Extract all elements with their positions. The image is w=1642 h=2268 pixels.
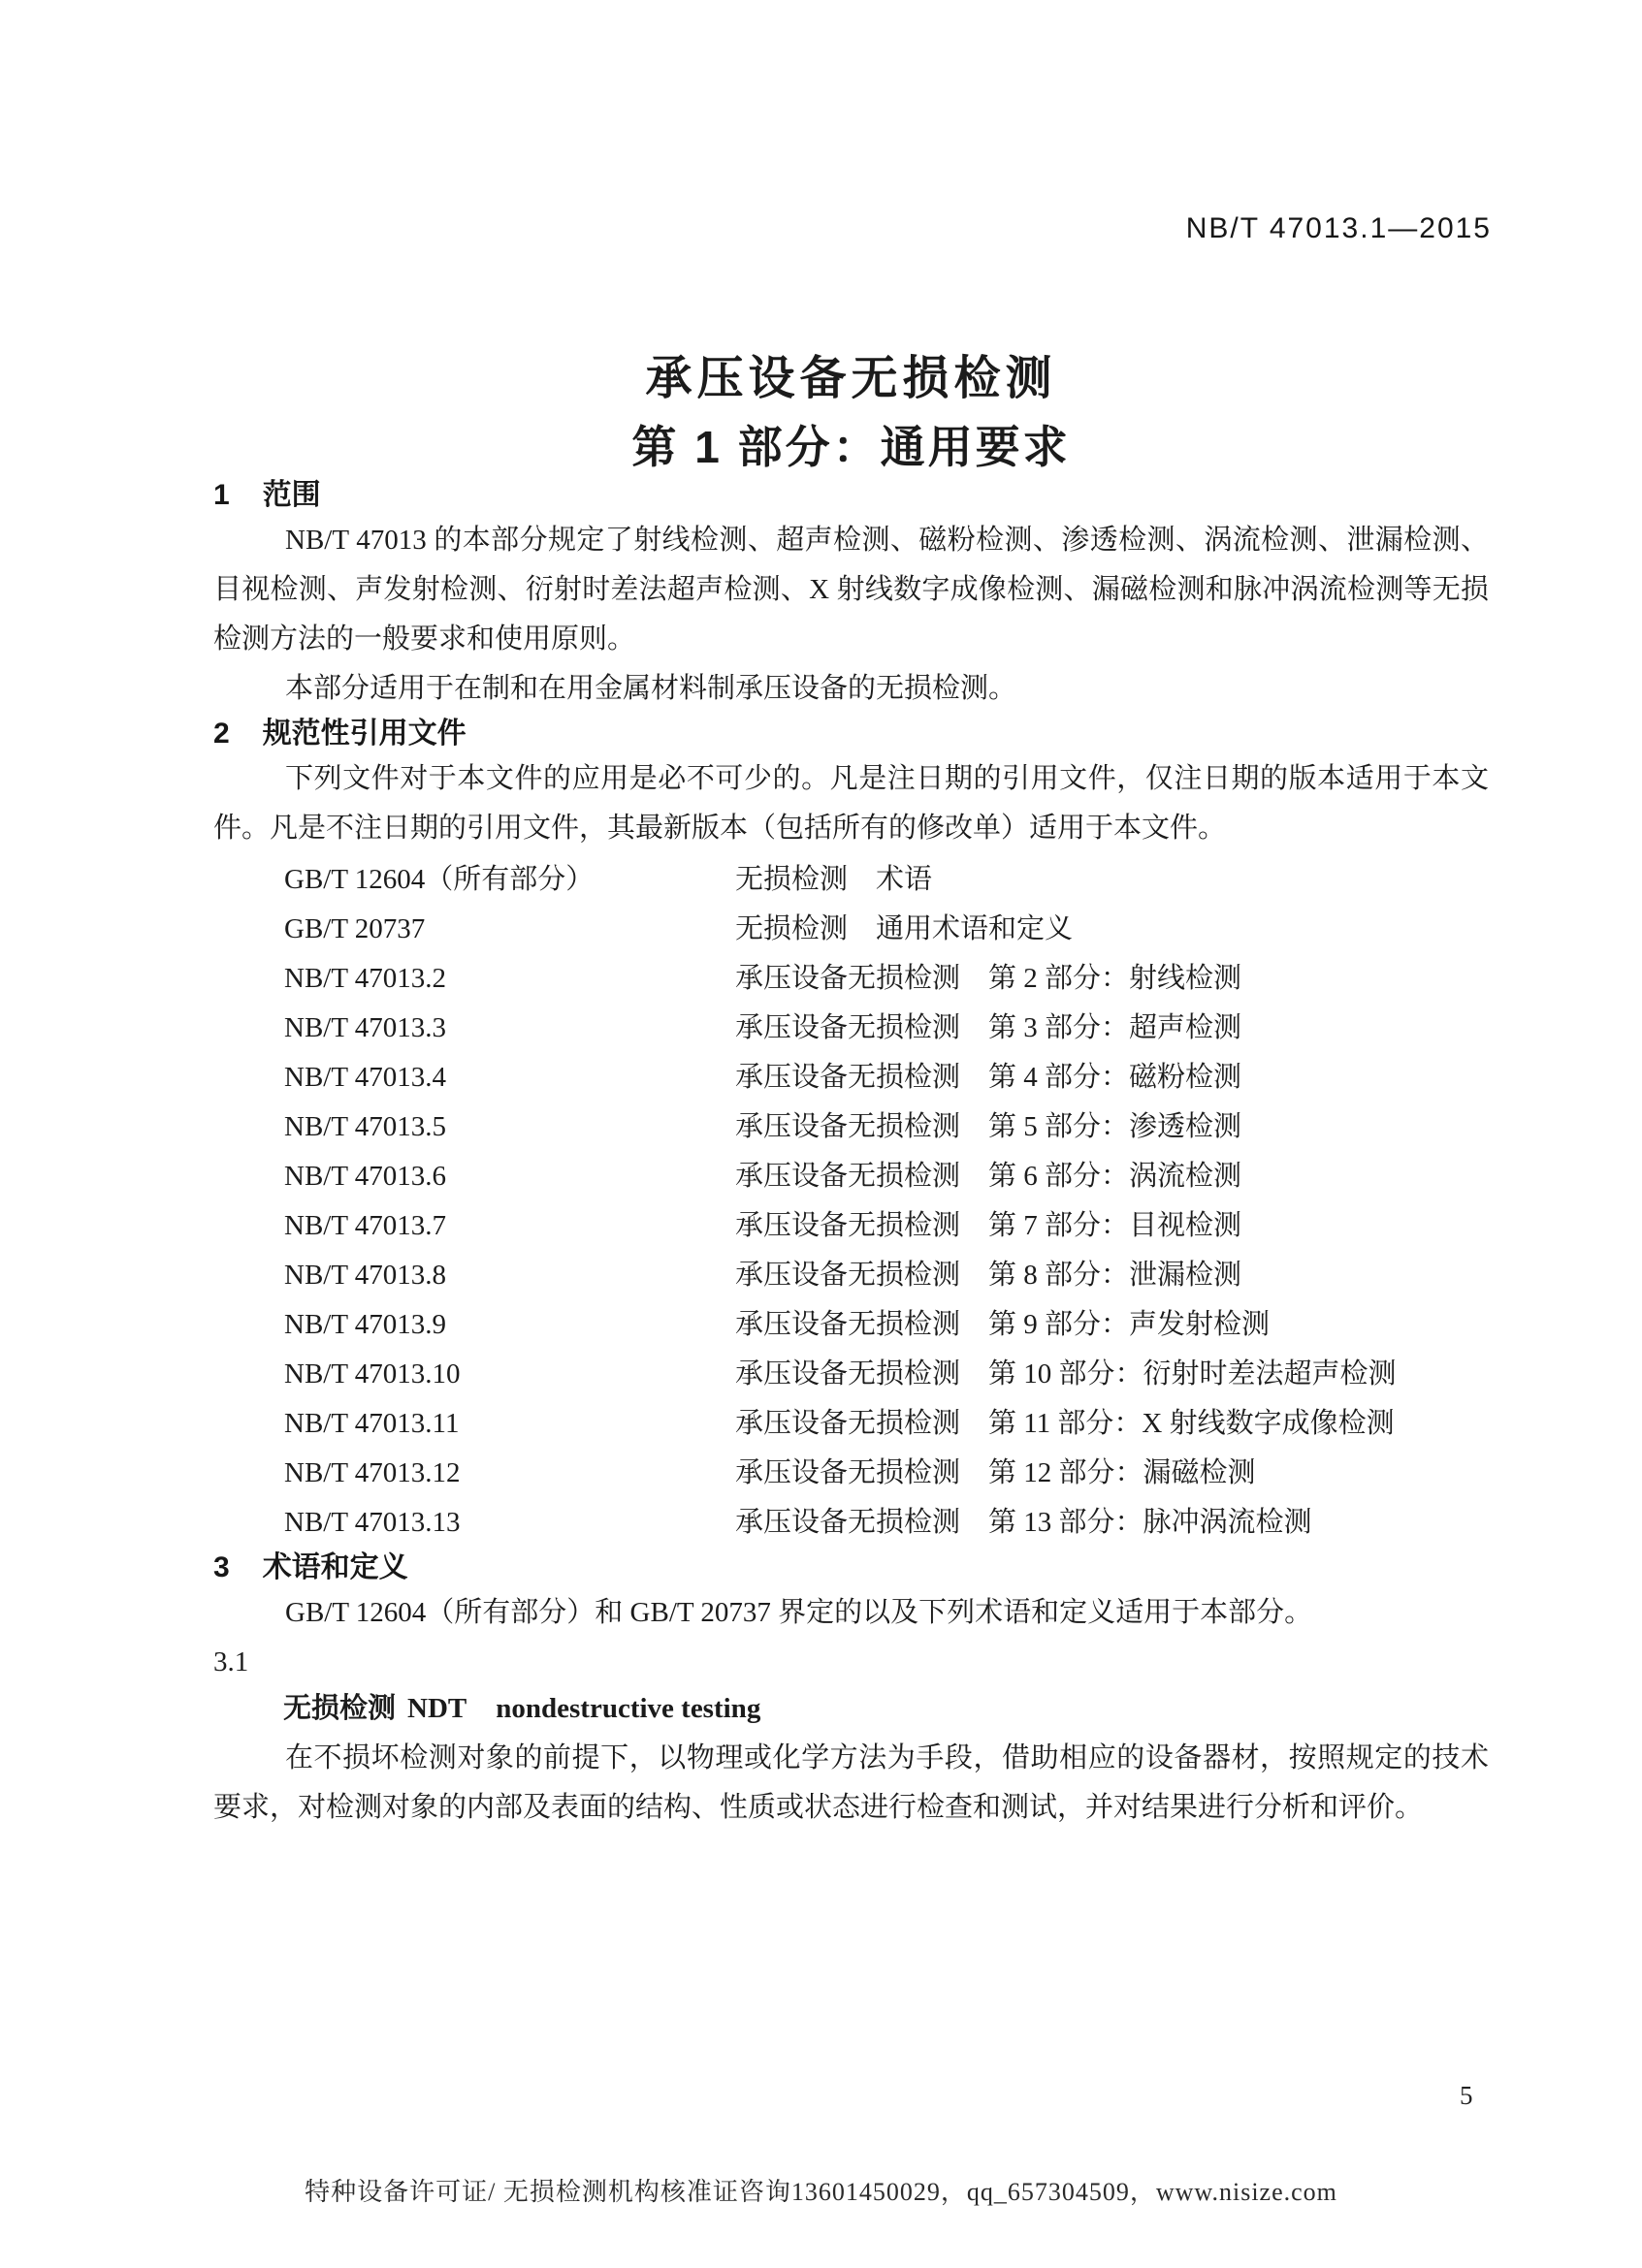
reference-title: 承压设备无损检测 第 9 部分：声发射检测 <box>735 1300 1489 1350</box>
reference-row: NB/T 47013.9承压设备无损检测 第 9 部分：声发射检测 <box>213 1300 1489 1350</box>
reference-title: 承压设备无损检测 第 2 部分：射线检测 <box>735 954 1489 1004</box>
reference-list: GB/T 12604（所有部分）无损检测 术语 GB/T 20737无损检测 通… <box>213 855 1489 1548</box>
reference-title: 承压设备无损检测 第 4 部分：磁粉检测 <box>735 1053 1489 1102</box>
reference-code: NB/T 47013.8 <box>284 1251 735 1300</box>
reference-row: NB/T 47013.13承压设备无损检测 第 13 部分：脉冲涡流检测 <box>213 1498 1489 1548</box>
reference-code: GB/T 20737 <box>284 905 735 954</box>
reference-code: NB/T 47013.9 <box>284 1300 735 1350</box>
reference-title: 承压设备无损检测 第 12 部分：漏磁检测 <box>735 1449 1489 1498</box>
references-intro-paragraph: 下列文件对于本文件的应用是必不可少的。凡是注日期的引用文件，仅注日期的版本适用于… <box>213 754 1489 853</box>
reference-code: NB/T 47013.2 <box>284 954 735 1004</box>
term-heading: 无损检测NDTnondestructive testing <box>213 1684 1489 1734</box>
term-abbr: NDT <box>407 1693 467 1724</box>
reference-title: 承压设备无损检测 第 13 部分：脉冲涡流检测 <box>735 1498 1489 1548</box>
reference-row: NB/T 47013.12承压设备无损检测 第 12 部分：漏磁检测 <box>213 1449 1489 1498</box>
reference-row: NB/T 47013.7承压设备无损检测 第 7 部分：目视检测 <box>213 1201 1489 1251</box>
section-1-number: 1 <box>213 475 230 516</box>
section-3-title: 术语和定义 <box>263 1551 408 1583</box>
reference-code: NB/T 47013.3 <box>284 1004 735 1053</box>
reference-title: 承压设备无损检测 第 5 部分：渗透检测 <box>735 1102 1489 1152</box>
reference-row: NB/T 47013.11承压设备无损检测 第 11 部分：X 射线数字成像检测 <box>213 1399 1489 1449</box>
reference-row: NB/T 47013.10承压设备无损检测 第 10 部分：衍射时差法超声检测 <box>213 1350 1489 1399</box>
reference-code: NB/T 47013.6 <box>284 1152 735 1201</box>
reference-row: NB/T 47013.6承压设备无损检测 第 6 部分：涡流检测 <box>213 1152 1489 1201</box>
section-1-heading: 1范围 <box>213 475 1489 516</box>
section-3-heading: 3术语和定义 <box>213 1548 1489 1588</box>
section-1-title: 范围 <box>263 479 321 511</box>
term-zh: 无损检测 <box>283 1693 396 1724</box>
scope-paragraph-2: 本部分适用于在制和在用金属材料制承压设备的无损检测。 <box>213 664 1489 714</box>
section-3-number: 3 <box>213 1548 230 1588</box>
reference-title: 承压设备无损检测 第 10 部分：衍射时差法超声检测 <box>735 1350 1489 1399</box>
reference-row: NB/T 47013.2承压设备无损检测 第 2 部分：射线检测 <box>213 954 1489 1004</box>
reference-title: 承压设备无损检测 第 6 部分：涡流检测 <box>735 1152 1489 1201</box>
document-title: 承压设备无损检测 第 1 部分：通用要求 <box>213 351 1489 475</box>
term-en: nondestructive testing <box>496 1693 760 1724</box>
scope-paragraph-1: NB/T 47013 的本部分规定了射线检测、超声检测、磁粉检测、渗透检测、涡流… <box>213 516 1489 664</box>
reference-title: 无损检测 术语 <box>735 855 1489 905</box>
reference-code: NB/T 47013.13 <box>284 1498 735 1548</box>
reference-title: 承压设备无损检测 第 3 部分：超声检测 <box>735 1004 1489 1053</box>
reference-row: NB/T 47013.3承压设备无损检测 第 3 部分：超声检测 <box>213 1004 1489 1053</box>
reference-title: 无损检测 通用术语和定义 <box>735 905 1489 954</box>
reference-code: NB/T 47013.4 <box>284 1053 735 1102</box>
reference-code: NB/T 47013.11 <box>284 1399 735 1449</box>
reference-title: 承压设备无损检测 第 11 部分：X 射线数字成像检测 <box>735 1399 1489 1449</box>
reference-code: NB/T 47013.10 <box>284 1350 735 1399</box>
section-2-heading: 2规范性引用文件 <box>213 714 1489 754</box>
page-number: 5 <box>1460 2081 1473 2111</box>
reference-row: GB/T 20737无损检测 通用术语和定义 <box>213 905 1489 954</box>
reference-row: NB/T 47013.8承压设备无损检测 第 8 部分：泄漏检测 <box>213 1251 1489 1300</box>
reference-code: GB/T 12604（所有部分） <box>284 855 735 905</box>
document-page: NB/T 47013.1—2015 承压设备无损检测 第 1 部分：通用要求 1… <box>0 0 1642 2268</box>
reference-row: NB/T 47013.4承压设备无损检测 第 4 部分：磁粉检测 <box>213 1053 1489 1102</box>
footer-watermark: 特种设备许可证/ 无损检测机构核准证咨询13601450029，qq_65730… <box>0 2172 1642 2208</box>
section-2-title: 规范性引用文件 <box>263 718 467 750</box>
title-line-1: 承压设备无损检测 <box>213 351 1489 407</box>
reference-row: GB/T 12604（所有部分）无损检测 术语 <box>213 855 1489 905</box>
terms-intro-paragraph: GB/T 12604（所有部分）和 GB/T 20737 界定的以及下列术语和定… <box>213 1588 1489 1638</box>
page-content: 承压设备无损检测 第 1 部分：通用要求 1范围 NB/T 47013 的本部分… <box>0 0 1642 1833</box>
term-number: 3.1 <box>213 1640 1489 1684</box>
reference-code: NB/T 47013.7 <box>284 1201 735 1251</box>
reference-code: NB/T 47013.5 <box>284 1102 735 1152</box>
reference-code: NB/T 47013.12 <box>284 1449 735 1498</box>
reference-row: NB/T 47013.5承压设备无损检测 第 5 部分：渗透检测 <box>213 1102 1489 1152</box>
term-definition-paragraph: 在不损坏检测对象的前提下，以物理或化学方法为手段，借助相应的设备器材，按照规定的… <box>213 1734 1489 1833</box>
reference-title: 承压设备无损检测 第 7 部分：目视检测 <box>735 1201 1489 1251</box>
reference-title: 承压设备无损检测 第 8 部分：泄漏检测 <box>735 1251 1489 1300</box>
section-2-number: 2 <box>213 714 230 754</box>
title-line-2: 第 1 部分：通用要求 <box>213 419 1489 475</box>
